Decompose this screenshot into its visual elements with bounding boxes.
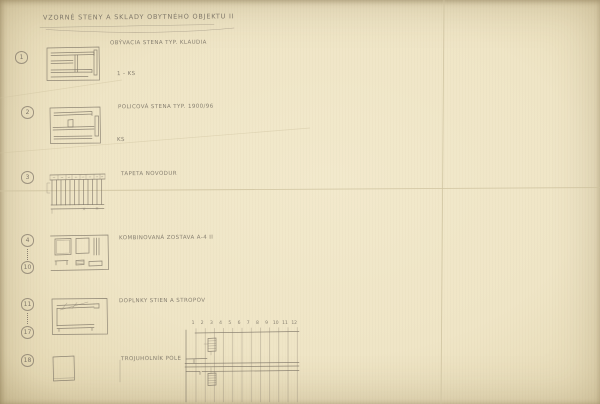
legend-sublabel-2: KS bbox=[117, 137, 125, 143]
legend-number-5-text: 11 bbox=[24, 301, 32, 308]
legend-number-5: 11 bbox=[21, 298, 34, 311]
ruler-tick-labels: 1 2 3 4 5 6 7 8 9 10 11 12 bbox=[180, 321, 306, 329]
legend-number-6: 18 bbox=[21, 354, 34, 367]
legend-number-6-text: 18 bbox=[24, 357, 32, 364]
ruler-tick-12: 12 bbox=[290, 321, 298, 326]
ruler-tick-6: 6 bbox=[235, 321, 243, 326]
square-sketch-6 bbox=[50, 353, 78, 385]
legend-number-2: 2 bbox=[21, 106, 34, 119]
legend-number-3: 3 bbox=[21, 171, 34, 184]
legend-number-4-text: 4 bbox=[26, 237, 30, 244]
ruler-tick-1: 1 bbox=[189, 321, 197, 326]
ruler-tick-3: 3 bbox=[207, 321, 215, 326]
legend-label-5: DOPLNKY STIEN A STROPOV bbox=[119, 298, 205, 305]
legend-sublabel-1: 1 - KS bbox=[117, 71, 136, 77]
cabinet-sketch-4 bbox=[49, 233, 111, 273]
wall-unit-sketch-1 bbox=[44, 44, 104, 86]
legend-number-4b-text: 10 bbox=[24, 264, 32, 271]
legend-number-1: 1 bbox=[15, 51, 28, 64]
ruler-tick-4: 4 bbox=[217, 321, 225, 326]
legend-number-2-text: 2 bbox=[26, 109, 30, 116]
legend-number-5b-text: 17 bbox=[24, 329, 32, 336]
legend-number-3-text: 3 bbox=[26, 174, 30, 181]
bed-sketch-5 bbox=[50, 296, 110, 338]
legend-label-4: KOMBINOVANÁ ZOSTAVA A-4 II bbox=[119, 235, 213, 242]
legend-range-dots-5 bbox=[27, 313, 28, 324]
legend-range-dots-4 bbox=[27, 249, 28, 260]
ruler-tick-8: 8 bbox=[253, 321, 261, 326]
legend-label-3: TAPETA NOVODUR bbox=[121, 171, 177, 177]
section-detail-diagram bbox=[180, 318, 306, 404]
ruler-tick-11: 11 bbox=[281, 321, 289, 326]
sheet-title: VZORNÉ STENY A SKLADY OBYTNÉHO OBJEKTU I… bbox=[43, 13, 235, 20]
ruler-tick-2: 2 bbox=[198, 321, 206, 326]
legend-number-5b: 17 bbox=[21, 326, 34, 339]
legend-label-2: POLICOVÁ STENA TYP. 1900/96 bbox=[118, 104, 214, 111]
ruler-tick-7: 7 bbox=[244, 321, 252, 326]
legend-label-1: OBÝVACIA STENA TYP. KLAUDIA bbox=[110, 40, 207, 47]
legend-number-4: 4 bbox=[21, 234, 34, 247]
legend-number-4b: 10 bbox=[21, 261, 34, 274]
legend-label-6: TROJUHOLNÍK POLE bbox=[121, 356, 181, 362]
legend-number-1-text: 1 bbox=[20, 54, 24, 61]
ruler-tick-10: 10 bbox=[272, 321, 280, 326]
panelling-sketch-3 bbox=[45, 169, 111, 215]
ruler-tick-9: 9 bbox=[263, 321, 271, 326]
ruler-tick-5: 5 bbox=[226, 321, 234, 326]
wall-unit-sketch-2 bbox=[48, 103, 106, 147]
scanned-sketch-sheet: VZORNÉ STENY A SKLADY OBYTNÉHO OBJEKTU I… bbox=[0, 0, 600, 404]
